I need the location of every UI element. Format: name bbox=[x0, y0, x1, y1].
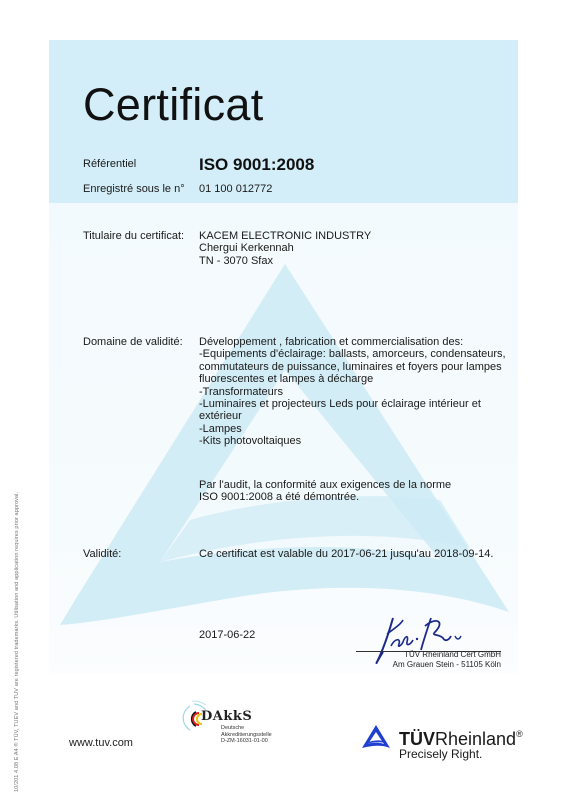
holder-company: KACEM ELECTRONIC INDUSTRY bbox=[199, 230, 371, 242]
brand-name-bold: TÜV bbox=[399, 729, 435, 749]
holder-street: Chergui Kerkennah bbox=[199, 242, 371, 254]
signatory-address: Am Grauen Stein - 51105 Köln bbox=[393, 660, 501, 670]
reference-label: Référentiel bbox=[83, 158, 136, 171]
scope-line: -Equipements d'éclairage: ballasts, amor… bbox=[199, 348, 506, 360]
scope-text: Développement , fabrication et commercia… bbox=[199, 336, 506, 448]
audit-line: Par l'audit, la conformité aux exigences… bbox=[199, 479, 451, 491]
website-link[interactable]: www.tuv.com bbox=[69, 737, 133, 749]
scope-line: commutateurs de puissance, luminaires et… bbox=[199, 361, 506, 373]
audit-statement: Par l'audit, la conformité aux exigences… bbox=[199, 479, 451, 504]
issue-date: 2017-06-22 bbox=[199, 629, 255, 641]
holder-label: Titulaire du certificat: bbox=[83, 230, 184, 243]
registration-label: Enregistré sous le n° bbox=[83, 183, 185, 196]
brand-name: TÜVRheinland® bbox=[399, 724, 523, 749]
brand-tagline: Precisely Right. bbox=[399, 747, 482, 761]
signatory-org: TÜV Rheinland Cert GmbH bbox=[393, 650, 501, 660]
registered-mark: ® bbox=[516, 729, 523, 739]
scope-line: Développement , fabrication et commercia… bbox=[199, 336, 506, 348]
dakks-details: Deutsche Akkreditierungsstelle D-ZM-1603… bbox=[221, 725, 272, 745]
holder-address: KACEM ELECTRONIC INDUSTRY Chergui Kerken… bbox=[199, 230, 371, 267]
scope-line: -Transformateurs bbox=[199, 386, 506, 398]
reference-standard: ISO 9001:2008 bbox=[199, 155, 314, 175]
tuv-triangle-logo-icon bbox=[361, 724, 391, 750]
holder-city: TN - 3070 Sfax bbox=[199, 255, 371, 267]
dakks-name: DAkkS bbox=[201, 709, 252, 724]
signatory-block: TÜV Rheinland Cert GmbH Am Grauen Stein … bbox=[393, 650, 501, 669]
certificate-title: Certificat bbox=[83, 79, 264, 131]
registration-number: 01 100 012772 bbox=[199, 183, 272, 195]
scope-line: -Luminaires et projecteurs Leds pour écl… bbox=[199, 398, 506, 410]
scope-line: fluorescentes et lampes à décharge bbox=[199, 373, 506, 385]
scope-line: -Kits photovoltaiques bbox=[199, 435, 506, 447]
validity-text: Ce certificat est valable du 2017-06-21 … bbox=[199, 548, 493, 560]
scope-line: extérieur bbox=[199, 410, 506, 422]
scope-label: Domaine de validité: bbox=[83, 336, 183, 349]
trademark-side-note: 10/201 4.08 E A4 ® TÜV, TUEV and TUV are… bbox=[14, 492, 20, 792]
audit-line: ISO 9001:2008 a été démontrée. bbox=[199, 491, 451, 503]
dakks-accreditation-number: D-ZM-16031-01-00 bbox=[221, 738, 272, 745]
validity-label: Validité: bbox=[83, 548, 121, 561]
brand-name-regular: Rheinland bbox=[435, 729, 516, 749]
scope-line: -Lampes bbox=[199, 423, 506, 435]
